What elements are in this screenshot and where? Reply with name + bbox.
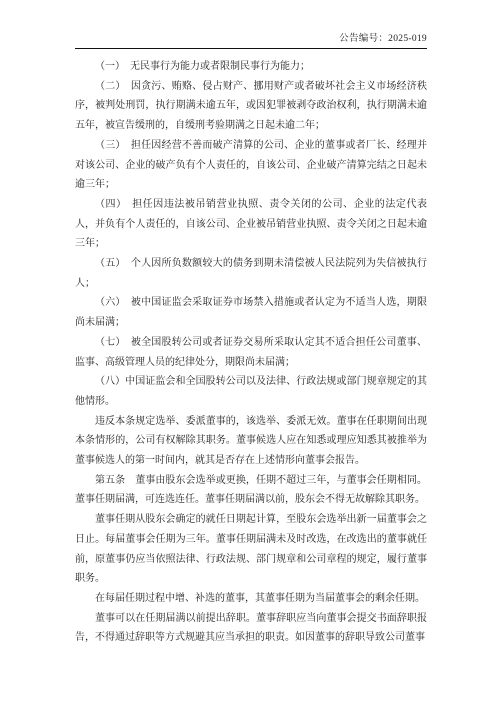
body-paragraph-byelection-term: 在每届任期过程中增、补选的董事，其董事任期为当届董事会的剩余任期。 (75, 589, 427, 609)
body-paragraph-item-3: （三） 担任因经营不善而破产清算的公司、企业的董事或者厂长、经理并对该公司、企业… (75, 136, 427, 195)
body-paragraph-item-7: （七） 被全国股转公司或者证券交易所采取认定其不适合担任公司董事、监事、高级管理… (75, 333, 427, 372)
body-paragraph-invalid-election: 违反本条规定选举、委派董事的，该选举、委派无效。董事在任职期间出现本条情形的，公… (75, 412, 427, 471)
body-paragraph-item-1: （一） 无民事行为能力或者限制民事行为能力； (75, 57, 427, 77)
body-paragraph-term-calculation: 董事任期从股东会确定的就任日期起计算，至股东会选举出新一届董事会之日止。每届董事… (75, 510, 427, 589)
document-body: （一） 无民事行为能力或者限制民事行为能力； （二） 因贪污、贿赂、侵占财产、挪… (75, 57, 427, 648)
announcement-number: 公告编号：2025-019 (75, 33, 427, 45)
body-paragraph-item-6: （六） 被中国证监会采取证券市场禁入措施或者认定为不适当人选，期限尚未届满； (75, 293, 427, 332)
body-paragraph-item-4: （四） 担任因违法被吊销营业执照、责令关闭的公司、企业的法定代表人，并负有个人责… (75, 195, 427, 254)
header-divider (75, 48, 427, 49)
document-page: 公告编号：2025-019 （一） 无民事行为能力或者限制民事行为能力； （二）… (0, 0, 500, 707)
body-paragraph-item-8: （八）中国证监会和全国股转公司以及法律、行政法规或部门规章规定的其他情形。 (75, 372, 427, 411)
body-paragraph-item-5: （五） 个人因所负数额较大的债务到期未清偿被人民法院列为失信被执行人； (75, 254, 427, 293)
body-paragraph-article-5: 第五条 董事由股东会选举或更换，任期不超过三年，与董事会任期相同。董事任期届满，… (75, 471, 427, 510)
body-paragraph-item-2: （二） 因贪污、贿赂、侵占财产、挪用财产或者破坏社会主义市场经济秩序，被判处刑罚… (75, 77, 427, 136)
body-paragraph-resignation: 董事可以在任期届满以前提出辞职。董事辞职应当向董事会提交书面辞职报告，不得通过辞… (75, 609, 427, 648)
